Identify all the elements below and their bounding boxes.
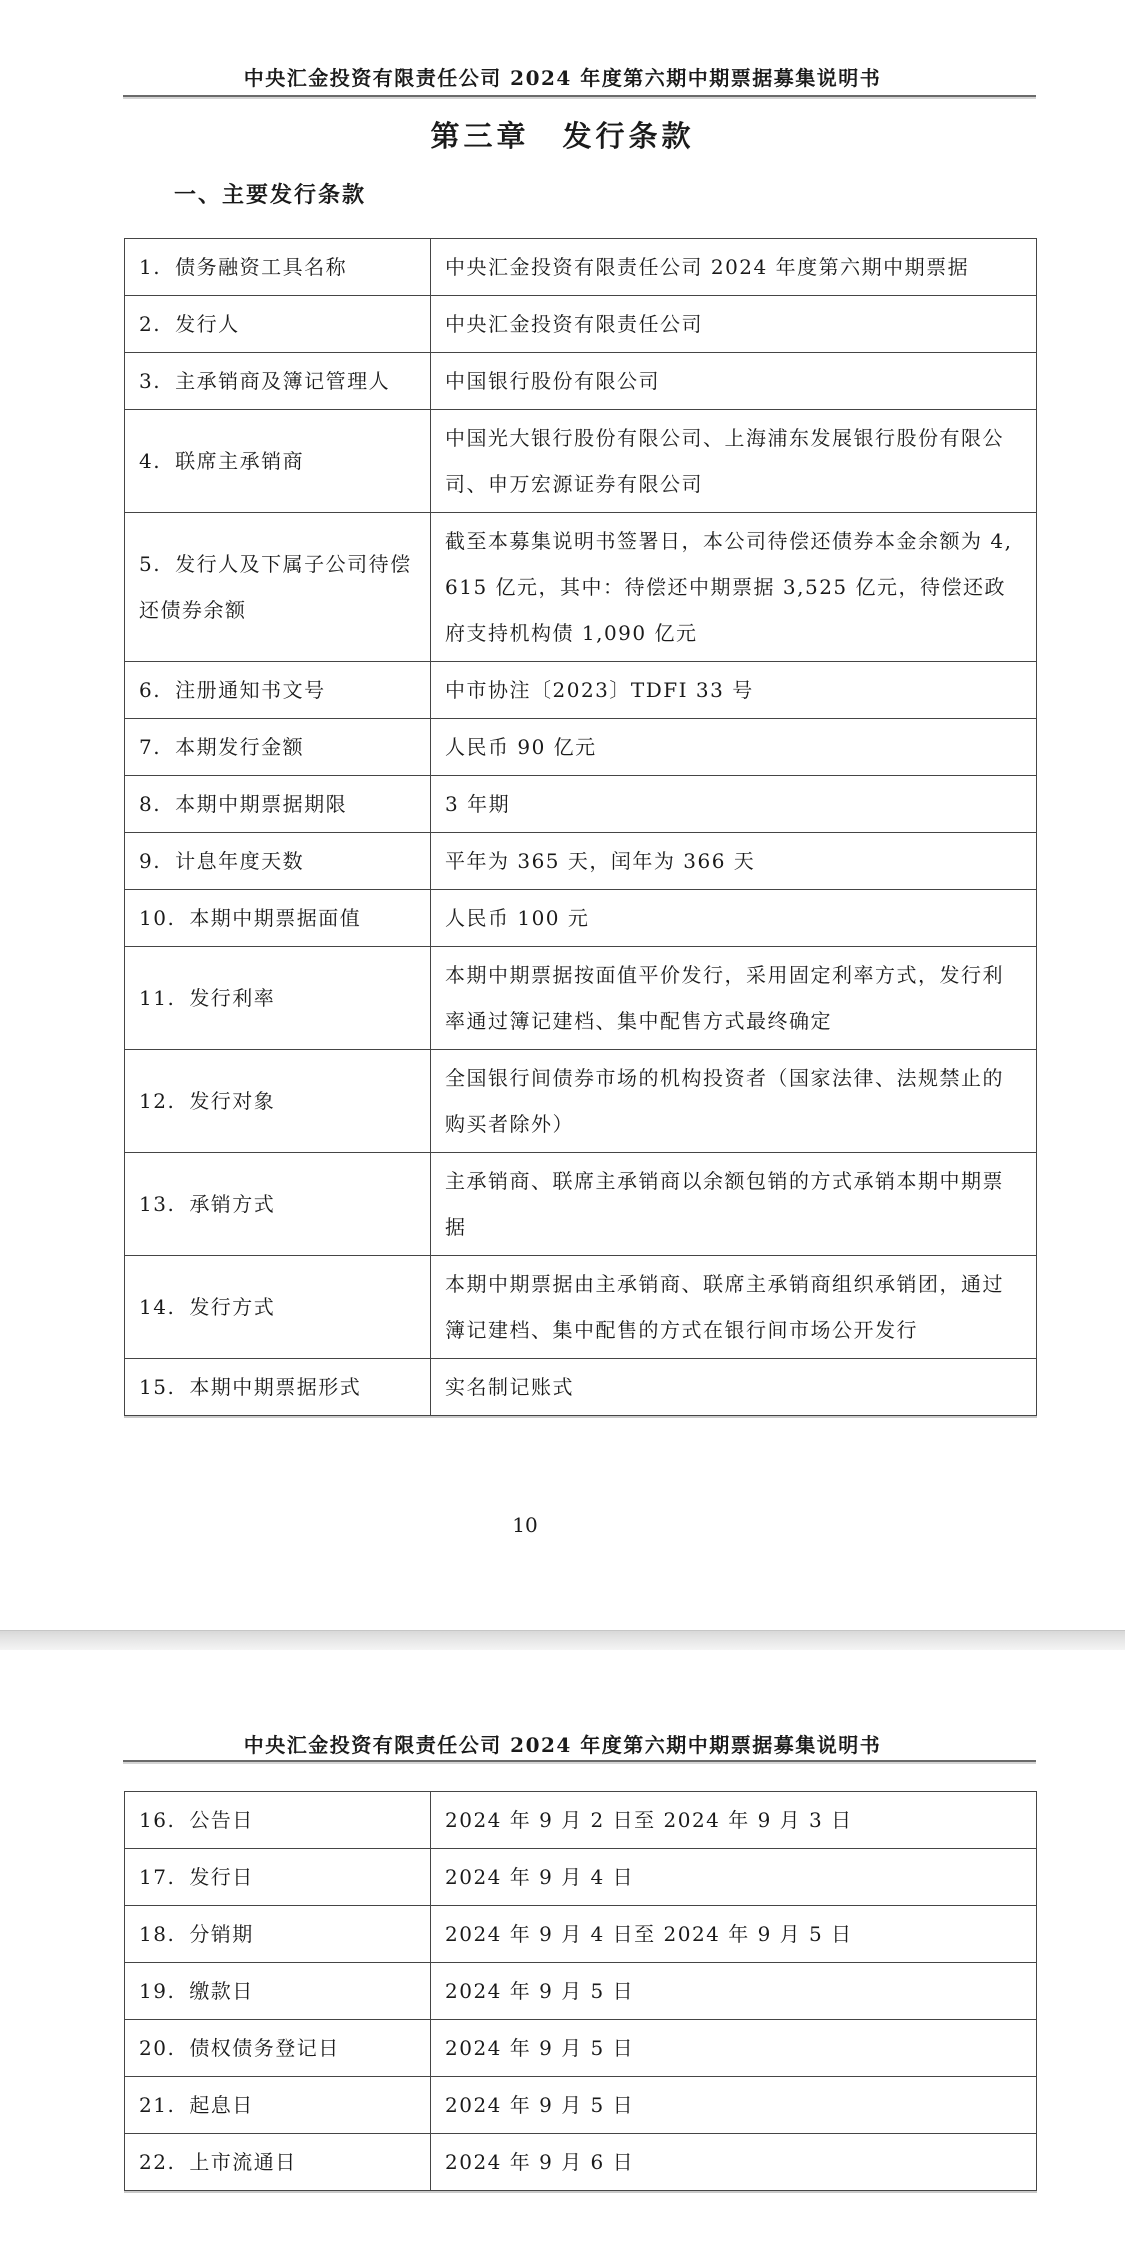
term-label: 发行方式	[189, 1295, 275, 1319]
term-label: 发行利率	[189, 986, 275, 1010]
section-heading: 一、主要发行条款	[174, 181, 1125, 209]
term-value-cell: 中国光大银行股份有限公司、上海浦东发展银行股份有限公司、申万宏源证券有限公司	[431, 410, 1037, 513]
term-number: 13.	[139, 1181, 175, 1227]
chapter-title: 第三章 发行条款	[0, 119, 1125, 153]
table-row: 22.上市流通日2024 年 9 月 6 日	[125, 2134, 1037, 2191]
term-label-cell: 9.计息年度天数	[125, 833, 431, 890]
term-number: 8.	[139, 781, 161, 827]
term-number: 6.	[139, 667, 161, 713]
term-label-cell: 21.起息日	[125, 2077, 431, 2134]
term-label: 分销期	[189, 1922, 254, 1946]
term-value-cell: 人民币 90 亿元	[431, 719, 1037, 776]
term-number: 5.	[139, 541, 161, 587]
term-value-cell: 2024 年 9 月 6 日	[431, 2134, 1037, 2191]
term-label-cell: 17.发行日	[125, 1849, 431, 1906]
term-number: 3.	[139, 358, 161, 404]
term-label-cell: 18.分销期	[125, 1906, 431, 1963]
term-label: 债权债务登记日	[189, 2036, 340, 2060]
term-label-cell: 2.发行人	[125, 296, 431, 353]
term-label: 债务融资工具名称	[175, 255, 347, 279]
term-label-cell: 10.本期中期票据面值	[125, 890, 431, 947]
term-value-cell: 2024 年 9 月 5 日	[431, 2077, 1037, 2134]
term-value-cell: 本期中期票据按面值平价发行，采用固定利率方式，发行利率通过簿记建档、集中配售方式…	[431, 947, 1037, 1050]
header-rule	[123, 1760, 1036, 1762]
term-value-cell: 2024 年 9 月 4 日至 2024 年 9 月 5 日	[431, 1906, 1037, 1963]
term-label: 承销方式	[189, 1192, 275, 1216]
term-label-cell: 11.发行利率	[125, 947, 431, 1050]
dates-terms-table-body: 16.公告日2024 年 9 月 2 日至 2024 年 9 月 3 日17.发…	[125, 1792, 1037, 2191]
term-label: 联席主承销商	[175, 449, 304, 473]
table-row: 1.债务融资工具名称中央汇金投资有限责任公司 2024 年度第六期中期票据	[125, 239, 1037, 296]
term-number: 18.	[139, 1911, 175, 1957]
table-row: 9.计息年度天数平年为 365 天，闰年为 366 天	[125, 833, 1037, 890]
term-label-cell: 15.本期中期票据形式	[125, 1359, 431, 1416]
term-number: 22.	[139, 2139, 175, 2185]
table-row: 7.本期发行金额人民币 90 亿元	[125, 719, 1037, 776]
table-row: 4.联席主承销商中国光大银行股份有限公司、上海浦东发展银行股份有限公司、申万宏源…	[125, 410, 1037, 513]
document-page-11: 中央汇金投资有限责任公司 2024 年度第六期中期票据募集说明书 16.公告日2…	[0, 1650, 1125, 2191]
table-row: 10.本期中期票据面值人民币 100 元	[125, 890, 1037, 947]
term-number: 17.	[139, 1854, 175, 1900]
table-row: 13.承销方式主承销商、联席主承销商以余额包销的方式承销本期中期票据	[125, 1153, 1037, 1256]
term-label-cell: 8.本期中期票据期限	[125, 776, 431, 833]
term-value-cell: 人民币 100 元	[431, 890, 1037, 947]
table-row: 21.起息日2024 年 9 月 5 日	[125, 2077, 1037, 2134]
term-label: 公告日	[189, 1808, 254, 1832]
term-label-cell: 4.联席主承销商	[125, 410, 431, 513]
term-label-cell: 5.发行人及下属子公司待偿还债券余额	[125, 513, 431, 662]
term-label: 主承销商及簿记管理人	[175, 369, 390, 393]
term-label: 本期发行金额	[175, 735, 304, 759]
table-row: 5.发行人及下属子公司待偿还债券余额截至本募集说明书签署日，本公司待偿还债券本金…	[125, 513, 1037, 662]
term-value-cell: 2024 年 9 月 4 日	[431, 1849, 1037, 1906]
term-value-cell: 主承销商、联席主承销商以余额包销的方式承销本期中期票据	[431, 1153, 1037, 1256]
term-number: 9.	[139, 838, 161, 884]
table-row: 6.注册通知书文号中市协注〔2023〕TDFI 33 号	[125, 662, 1037, 719]
term-value-cell: 2024 年 9 月 2 日至 2024 年 9 月 3 日	[431, 1792, 1037, 1849]
term-value-cell: 中国银行股份有限公司	[431, 353, 1037, 410]
term-label: 本期中期票据期限	[175, 792, 347, 816]
table-row: 12.发行对象全国银行间债券市场的机构投资者（国家法律、法规禁止的购买者除外）	[125, 1050, 1037, 1153]
term-label-cell: 1.债务融资工具名称	[125, 239, 431, 296]
term-number: 10.	[139, 895, 175, 941]
document-page-10: 中央汇金投资有限责任公司 2024 年度第六期中期票据募集说明书 第三章 发行条…	[0, 0, 1125, 1538]
term-label-cell: 19.缴款日	[125, 1963, 431, 2020]
term-value-cell: 中央汇金投资有限责任公司	[431, 296, 1037, 353]
page-number: 10	[0, 1512, 1050, 1538]
document-viewport[interactable]: 中央汇金投资有限责任公司 2024 年度第六期中期票据募集说明书 第三章 发行条…	[0, 0, 1125, 2191]
table-row: 14.发行方式本期中期票据由主承销商、联席主承销商组织承销团，通过簿记建档、集中…	[125, 1256, 1037, 1359]
term-label: 上市流通日	[189, 2150, 297, 2174]
term-label: 发行人	[175, 312, 240, 336]
term-label-cell: 22.上市流通日	[125, 2134, 431, 2191]
main-terms-table-body: 1.债务融资工具名称中央汇金投资有限责任公司 2024 年度第六期中期票据2.发…	[125, 239, 1037, 1416]
table-row: 15.本期中期票据形式实名制记账式	[125, 1359, 1037, 1416]
main-terms-table: 1.债务融资工具名称中央汇金投资有限责任公司 2024 年度第六期中期票据2.发…	[124, 238, 1037, 1416]
term-label: 本期中期票据形式	[189, 1375, 361, 1399]
table-row: 8.本期中期票据期限3 年期	[125, 776, 1037, 833]
term-value-cell: 平年为 365 天，闰年为 366 天	[431, 833, 1037, 890]
table-row: 2.发行人中央汇金投资有限责任公司	[125, 296, 1037, 353]
table-row: 18.分销期2024 年 9 月 4 日至 2024 年 9 月 5 日	[125, 1906, 1037, 1963]
table-row: 16.公告日2024 年 9 月 2 日至 2024 年 9 月 3 日	[125, 1792, 1037, 1849]
term-label: 计息年度天数	[175, 849, 304, 873]
dates-terms-table: 16.公告日2024 年 9 月 2 日至 2024 年 9 月 3 日17.发…	[124, 1791, 1037, 2191]
term-value-cell: 全国银行间债券市场的机构投资者（国家法律、法规禁止的购买者除外）	[431, 1050, 1037, 1153]
table-row: 11.发行利率本期中期票据按面值平价发行，采用固定利率方式，发行利率通过簿记建档…	[125, 947, 1037, 1050]
term-number: 4.	[139, 438, 161, 484]
term-number: 19.	[139, 1968, 175, 2014]
term-value-cell: 中央汇金投资有限责任公司 2024 年度第六期中期票据	[431, 239, 1037, 296]
term-label-cell: 12.发行对象	[125, 1050, 431, 1153]
term-label: 发行日	[189, 1865, 254, 1889]
page-header-title: 中央汇金投资有限责任公司 2024 年度第六期中期票据募集说明书	[0, 0, 1125, 90]
term-value-cell: 实名制记账式	[431, 1359, 1037, 1416]
term-number: 11.	[139, 975, 175, 1021]
table-row: 17.发行日2024 年 9 月 4 日	[125, 1849, 1037, 1906]
term-number: 15.	[139, 1364, 175, 1410]
table-row: 20.债权债务登记日2024 年 9 月 5 日	[125, 2020, 1037, 2077]
term-label-cell: 13.承销方式	[125, 1153, 431, 1256]
table-row: 3.主承销商及簿记管理人中国银行股份有限公司	[125, 353, 1037, 410]
page-separator	[0, 1630, 1125, 1650]
term-label-cell: 6.注册通知书文号	[125, 662, 431, 719]
term-number: 1.	[139, 244, 161, 290]
term-value-cell: 2024 年 9 月 5 日	[431, 2020, 1037, 2077]
term-label-cell: 3.主承销商及簿记管理人	[125, 353, 431, 410]
table-row: 19.缴款日2024 年 9 月 5 日	[125, 1963, 1037, 2020]
term-value-cell: 2024 年 9 月 5 日	[431, 1963, 1037, 2020]
term-number: 14.	[139, 1284, 175, 1330]
term-label: 发行人及下属子公司待偿还债券余额	[139, 552, 412, 622]
term-label-cell: 20.债权债务登记日	[125, 2020, 431, 2077]
term-label: 注册通知书文号	[175, 678, 326, 702]
term-value-cell: 3 年期	[431, 776, 1037, 833]
term-number: 7.	[139, 724, 161, 770]
term-label: 缴款日	[189, 1979, 254, 2003]
term-label: 起息日	[189, 2093, 254, 2117]
term-label-cell: 7.本期发行金额	[125, 719, 431, 776]
header-rule	[123, 95, 1036, 97]
term-number: 20.	[139, 2025, 175, 2071]
term-value-cell: 截至本募集说明书签署日，本公司待偿还债券本金余额为 4,615 亿元，其中：待偿…	[431, 513, 1037, 662]
term-number: 2.	[139, 301, 161, 347]
term-value-cell: 本期中期票据由主承销商、联席主承销商组织承销团，通过簿记建档、集中配售的方式在银…	[431, 1256, 1037, 1359]
term-label-cell: 14.发行方式	[125, 1256, 431, 1359]
term-value-cell: 中市协注〔2023〕TDFI 33 号	[431, 662, 1037, 719]
term-number: 21.	[139, 2082, 175, 2128]
page-header-title: 中央汇金投资有限责任公司 2024 年度第六期中期票据募集说明书	[0, 1650, 1125, 1757]
term-label: 发行对象	[189, 1089, 275, 1113]
term-number: 16.	[139, 1797, 175, 1843]
term-label: 本期中期票据面值	[189, 906, 361, 930]
term-label-cell: 16.公告日	[125, 1792, 431, 1849]
term-number: 12.	[139, 1078, 175, 1124]
